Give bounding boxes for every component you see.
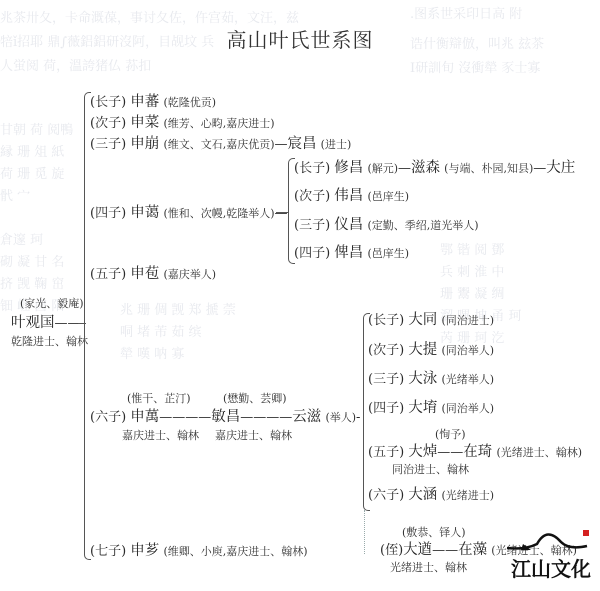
grandchild-note: (光绪进士、翰林) [496,446,582,459]
great-grandson-note: (举人) [325,411,356,424]
child-name: 大提 [408,342,437,358]
son-name: 申蔼 [130,205,159,221]
grandson-degree: 嘉庆进士、翰林 [215,428,292,444]
gg-child-4: (四子) 大堉 (同治举人) [368,400,494,417]
gg-child-5-degree: 同治进士、翰林 [392,462,469,478]
child-name: 大堉 [408,400,437,416]
child-rank: (五子) [368,445,404,460]
svg-text:江山文化: 江山文化 [511,557,591,581]
fourth-son-child-3: (三子) 仪昌 (定勤、季绍,道光举人) [294,217,479,234]
nephew-rank: (侄) [380,543,403,558]
son-name: 申蕃 [130,94,159,110]
root-degree: 乾隆进士、翰林 [11,334,88,350]
son-rank: (五子) [90,267,126,282]
great-grandson-name: 云滋 [292,409,321,425]
child-note: (定勤、季绍,道光举人) [367,219,478,232]
child-name: 大焯 [408,444,437,460]
diagram-title: 高山叶氏世系图 [0,24,600,53]
gg-child-6: (六子) 大涵 (光绪进士) [368,487,494,504]
child-rank: (四子) [294,246,330,261]
son-rank: (长子) [90,95,126,110]
child-note: (同治进士) [441,314,494,327]
root-connector: —— [55,316,81,331]
gg-child-2: (次子) 大提 (同治举人) [368,342,494,359]
connector: - [356,410,360,425]
child-note: (同治举人) [441,402,494,415]
connector: —— [432,543,458,558]
nephew-child-name: 在藻 [458,542,487,558]
son-6-degree: 嘉庆进士、翰林 [122,428,199,444]
root-name: 叶观国 [11,315,55,331]
bleed-through-text: Ⅰ研訓旬 沒衝犖 豕士寡 [410,58,540,80]
son-note: (维文、文石,嘉庆优贡) [163,138,274,151]
descendant-note: (与端、朴园,知县) [444,162,533,175]
son-name: 申菜 [130,115,159,131]
son-rank: (次子) [90,116,126,131]
gg-child-3: (三子) 大泳 (光绪举人) [368,371,494,388]
son-name: 申芗 [130,543,159,559]
grandson-name: 敏昌 [211,409,240,425]
grandchild-name: 在琦 [463,444,492,460]
nephew-courtesy: (敷恭、铎人) [402,525,466,541]
son-rank: (七子) [90,544,126,559]
descendant-name: 滋森 [411,160,440,176]
nephew-dotted-link [364,510,365,554]
connector: — [275,206,288,221]
connector: ———— [240,410,292,425]
son-name: 申萬 [130,409,159,425]
child-rank: (三子) [294,218,330,233]
root-person: 叶观国—— [11,315,81,332]
child-note: (邑庠生) [367,190,409,203]
connector: ———— [159,410,211,425]
child-rank: (次子) [368,343,404,358]
son-note: (乾隆优贡) [163,96,216,109]
grandson-name: 宸昌 [288,136,317,152]
son-6-courtesy: (惟干、芷汀) [127,391,191,407]
son-3: (三子) 申崩 (维文、文石,嘉庆优贡)—宸昌 (进士) [90,136,351,153]
bleed-through-text: 人蛍阅 荷，溫誇猪仏 荪扣 [0,56,151,78]
child-rank: (六子) [368,488,404,503]
bleed-through-text: 兆 珊 倜 觊 郑 搋 萗哃 堵 芾 茹 缤犖 嘆 呐 寡 [120,300,236,366]
son-name: 申苞 [130,266,159,282]
son-rank: (三子) [90,137,126,152]
connector: — [275,137,288,152]
child-name: 大涵 [408,487,437,503]
gg-child-1: (长子) 大同 (同治进士) [368,312,494,329]
connector: — [533,161,546,176]
child-rank: (长子) [294,161,330,176]
grandson-courtesy: (懋勤、芸卿) [223,391,287,407]
child-note: (光绪进士) [441,489,494,502]
fourth-son-child-4: (四子) 俾昌 (邑庠生) [294,245,409,262]
connector: — [398,161,411,176]
son-name: 申崩 [130,136,159,152]
seal-icon [583,530,589,536]
descendant-name: 大庄 [546,160,575,176]
son-rank: (四子) [90,206,126,221]
child-name: 伟昌 [334,188,363,204]
child-name: 俾昌 [334,245,363,261]
bleed-through-text: 甘朝 荷 阅鴨縁 珊 俎 紙荷 珊 觅 旋骮 宀倉邃 珂砌 凝 甘 名挤 觊 鞠… [0,120,73,318]
nephew-name: 大遒 [403,542,432,558]
child-note: (同治举人) [441,344,494,357]
child-note: (邑庠生) [367,247,409,260]
child-name: 大泳 [408,371,437,387]
child-rank: (长子) [368,313,404,328]
child-rank: (次子) [294,189,330,204]
gg-child-5-child-courtesy: (恂予) [435,427,466,443]
child-name: 大同 [408,312,437,328]
child-rank: (三子) [368,372,404,387]
child-note: (解元) [367,162,398,175]
fourth-son-child-1: (长子) 修昌 (解元)—滋森 (与端、朴园,知县)—大庄 [294,160,575,177]
fourth-son-child-2: (次子) 伟昌 (邑庠生) [294,188,409,205]
watermark-logo-icon: 江山文化 [505,528,600,588]
root-courtesy: (家光、毅庵) [20,296,84,312]
grandson-note: (进士) [321,138,352,151]
root-to-bracket-line [78,323,86,324]
son-2: (次子) 申菜 (维芳、心畇,嘉庆进士) [90,115,275,132]
child-name: 修昌 [334,160,363,176]
nephew-degree: 光绪进士、翰林 [390,560,467,576]
son-note: (维芳、心畇,嘉庆进士) [163,117,274,130]
child-note: (光绪举人) [441,373,494,386]
gg-child-5: (五子) 大焯——在琦 (光绪进士、翰林) [368,444,582,461]
son-1: (长子) 申蕃 (乾隆优贡) [90,94,216,111]
child-rank: (四子) [368,401,404,416]
son-note: (嘉庆举人) [163,268,216,281]
connector: —— [437,445,463,460]
bleed-through-text: 鄂 锴 阅 鄧兵 刺 淮 中珊 鬻 凝 绸溜 嗶 坤 甬 珂芮 珊 珂 汔 [440,240,522,350]
sons-bracket [84,92,91,560]
son-rank: (六子) [90,410,126,425]
child-name: 仪昌 [334,217,363,233]
son-note: (惟和、次幔,乾隆举人) [163,207,274,220]
son-4: (四子) 申蔼 (惟和、次幔,乾隆举人)— [90,205,288,222]
son-7: (七子) 申芗 (维卿、小庾,嘉庆进士、翰林) [90,543,308,560]
bleed-through-text: .图系世采印日高 附 [410,4,522,26]
son-6: (六子) 申萬————敏昌————云滋 (举人)- [90,409,360,426]
son-note: (维卿、小庾,嘉庆进士、翰林) [163,545,307,558]
fourth-son-connector-line [276,212,288,213]
son-5: (五子) 申苞 (嘉庆举人) [90,266,216,283]
